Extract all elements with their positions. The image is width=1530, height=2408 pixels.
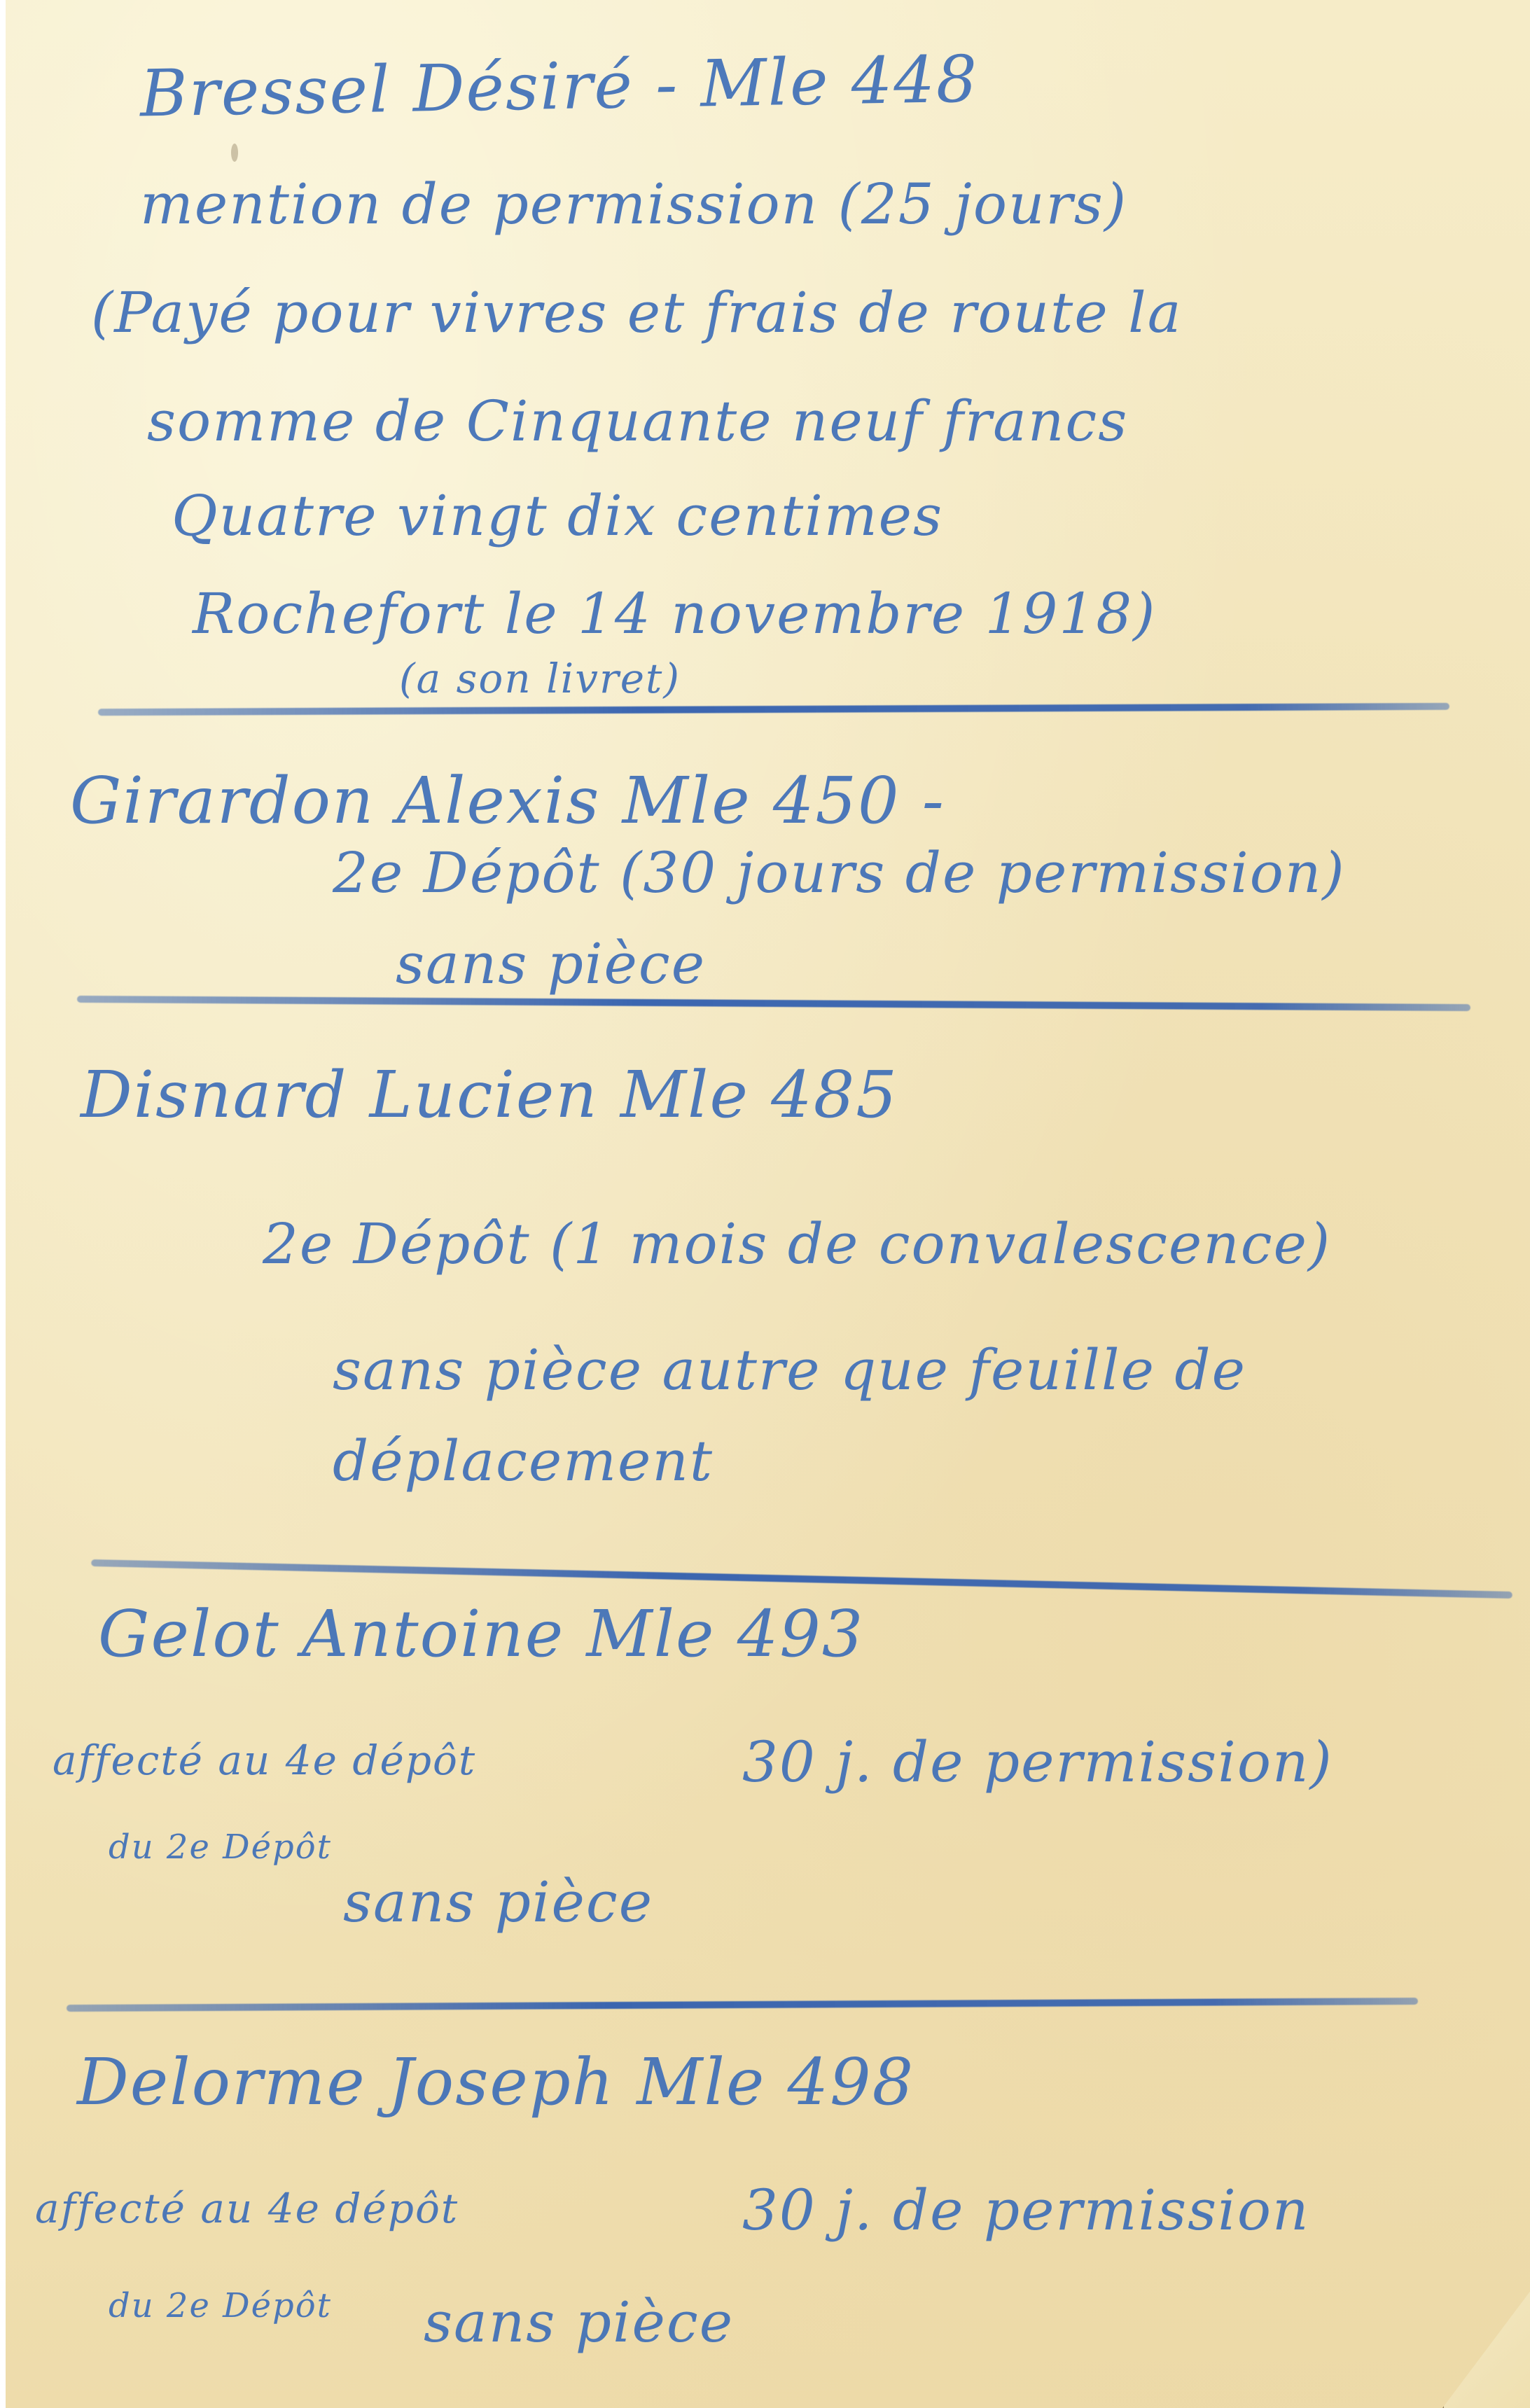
entry-line: déplacement [333, 1428, 714, 1494]
entry-heading: Delorme Joseph Mle 498 [77, 2045, 914, 2120]
entry-line: du 2e Dépôt [109, 1828, 332, 1867]
entry-heading: Girardon Alexis Mle 450 - [70, 763, 945, 838]
entry-heading: Disnard Lucien Mle 485 [81, 1057, 898, 1132]
entry-line: Quatre vingt dix centimes [172, 483, 943, 548]
entry-line: du 2e Dépôt [109, 2286, 332, 2325]
entry-line: 30 j. de permission) [742, 1730, 1333, 1795]
entry-note: (a son livret) [399, 655, 681, 702]
entry-heading: Bressel Désiré - Mle 448 [139, 42, 979, 132]
entry-line: mention de permission (25 jours) [140, 172, 1127, 237]
entry-line: (Payé pour vivres et frais de route la [91, 280, 1182, 345]
entry-line: affecté au 4e dépôt [53, 1737, 476, 1784]
entry-line: sans pièce [343, 1870, 653, 1935]
entry-line: 30 j. de permission [742, 2178, 1310, 2243]
entry-line: sans pièce autre que feuille de [333, 1337, 1246, 1403]
entry-line: affecté au 4e dépôt [35, 2185, 459, 2232]
paper-stain [231, 144, 238, 162]
entry-line: sans pièce [424, 2290, 734, 2355]
entry-heading: Gelot Antoine Mle 493 [98, 1596, 864, 1671]
entry-line: 2e Dépôt (30 jours de permission) [333, 840, 1346, 905]
entry-line: sans pièce [396, 931, 706, 996]
entry-line: somme de Cinquante neuf francs [147, 389, 1128, 454]
entry-line: Rochefort le 14 novembre 1918) [193, 581, 1156, 646]
entry-line: 2e Dépôt (1 mois de convalescence) [263, 1211, 1331, 1276]
